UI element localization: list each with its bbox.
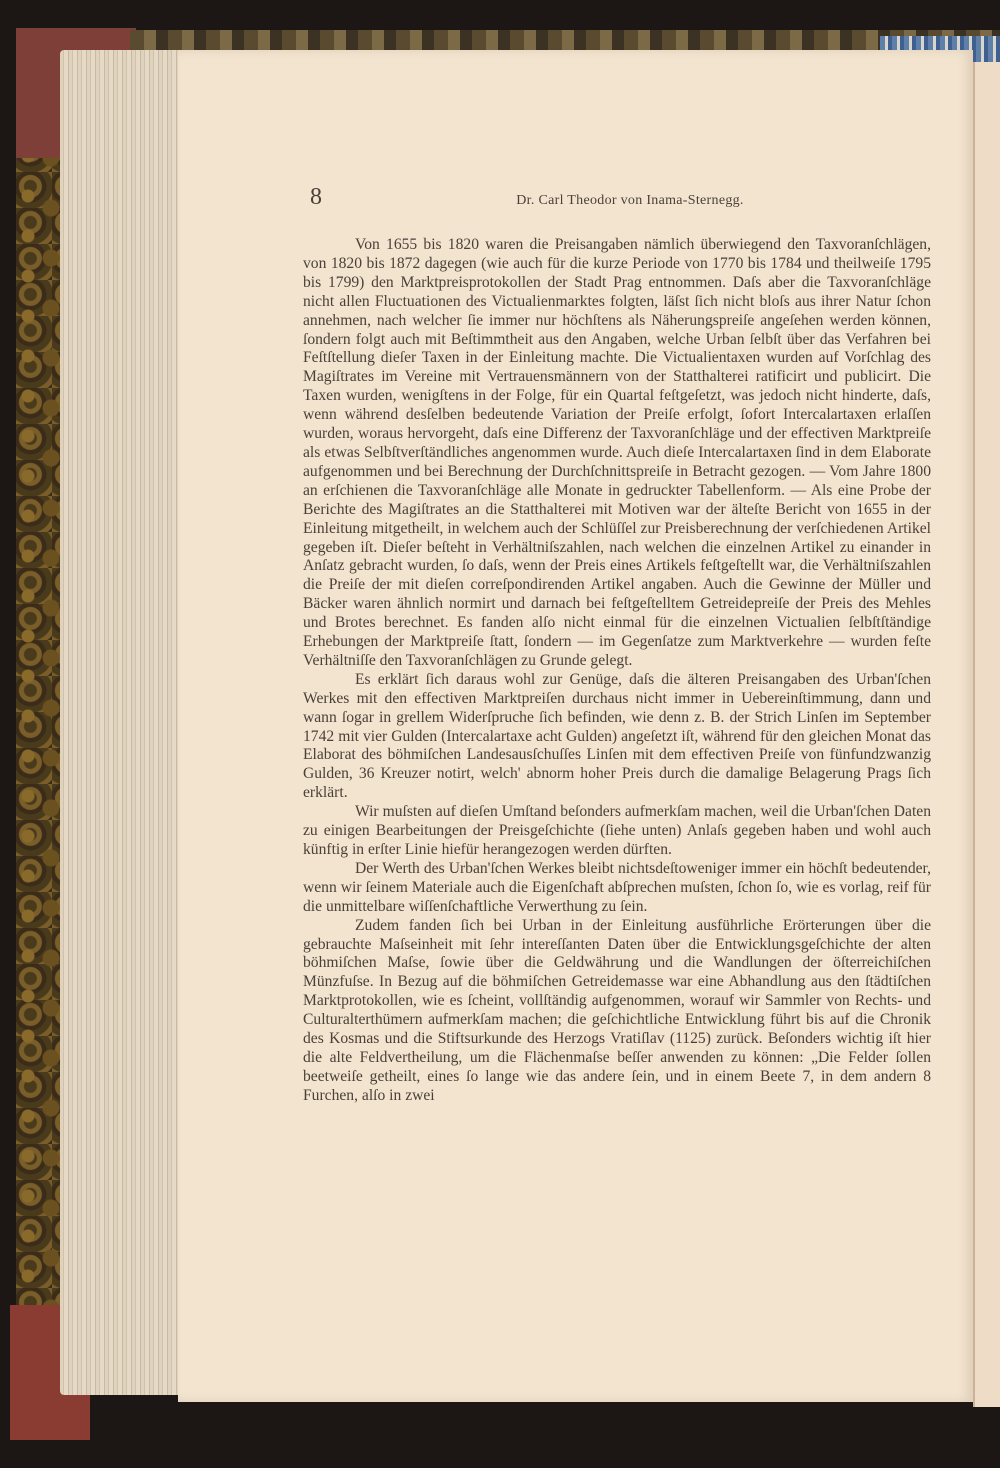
paragraph: Der Werth des Urban'ſchen Werkes bleibt … — [303, 860, 931, 917]
page-header: 8 Dr. Carl Theodor von Inama-Sternegg. — [310, 184, 950, 214]
running-head: Dr. Carl Theodor von Inama-Sternegg. — [310, 193, 950, 209]
paragraph: Wir muſsten auf dieſen Umſtand beſonders… — [303, 803, 931, 860]
facing-page-edge — [973, 62, 1000, 1407]
body-text: Von 1655 bis 1820 waren die Preisangaben… — [303, 236, 931, 1106]
paragraph: Es erklärt ſich daraus wohl zur Genüge, … — [303, 671, 931, 803]
paragraph: Zudem fanden ſich bei Urban in der Einle… — [303, 917, 931, 1106]
paragraph: Von 1655 bis 1820 waren die Preisangaben… — [303, 236, 931, 671]
page-edges — [60, 50, 180, 1395]
